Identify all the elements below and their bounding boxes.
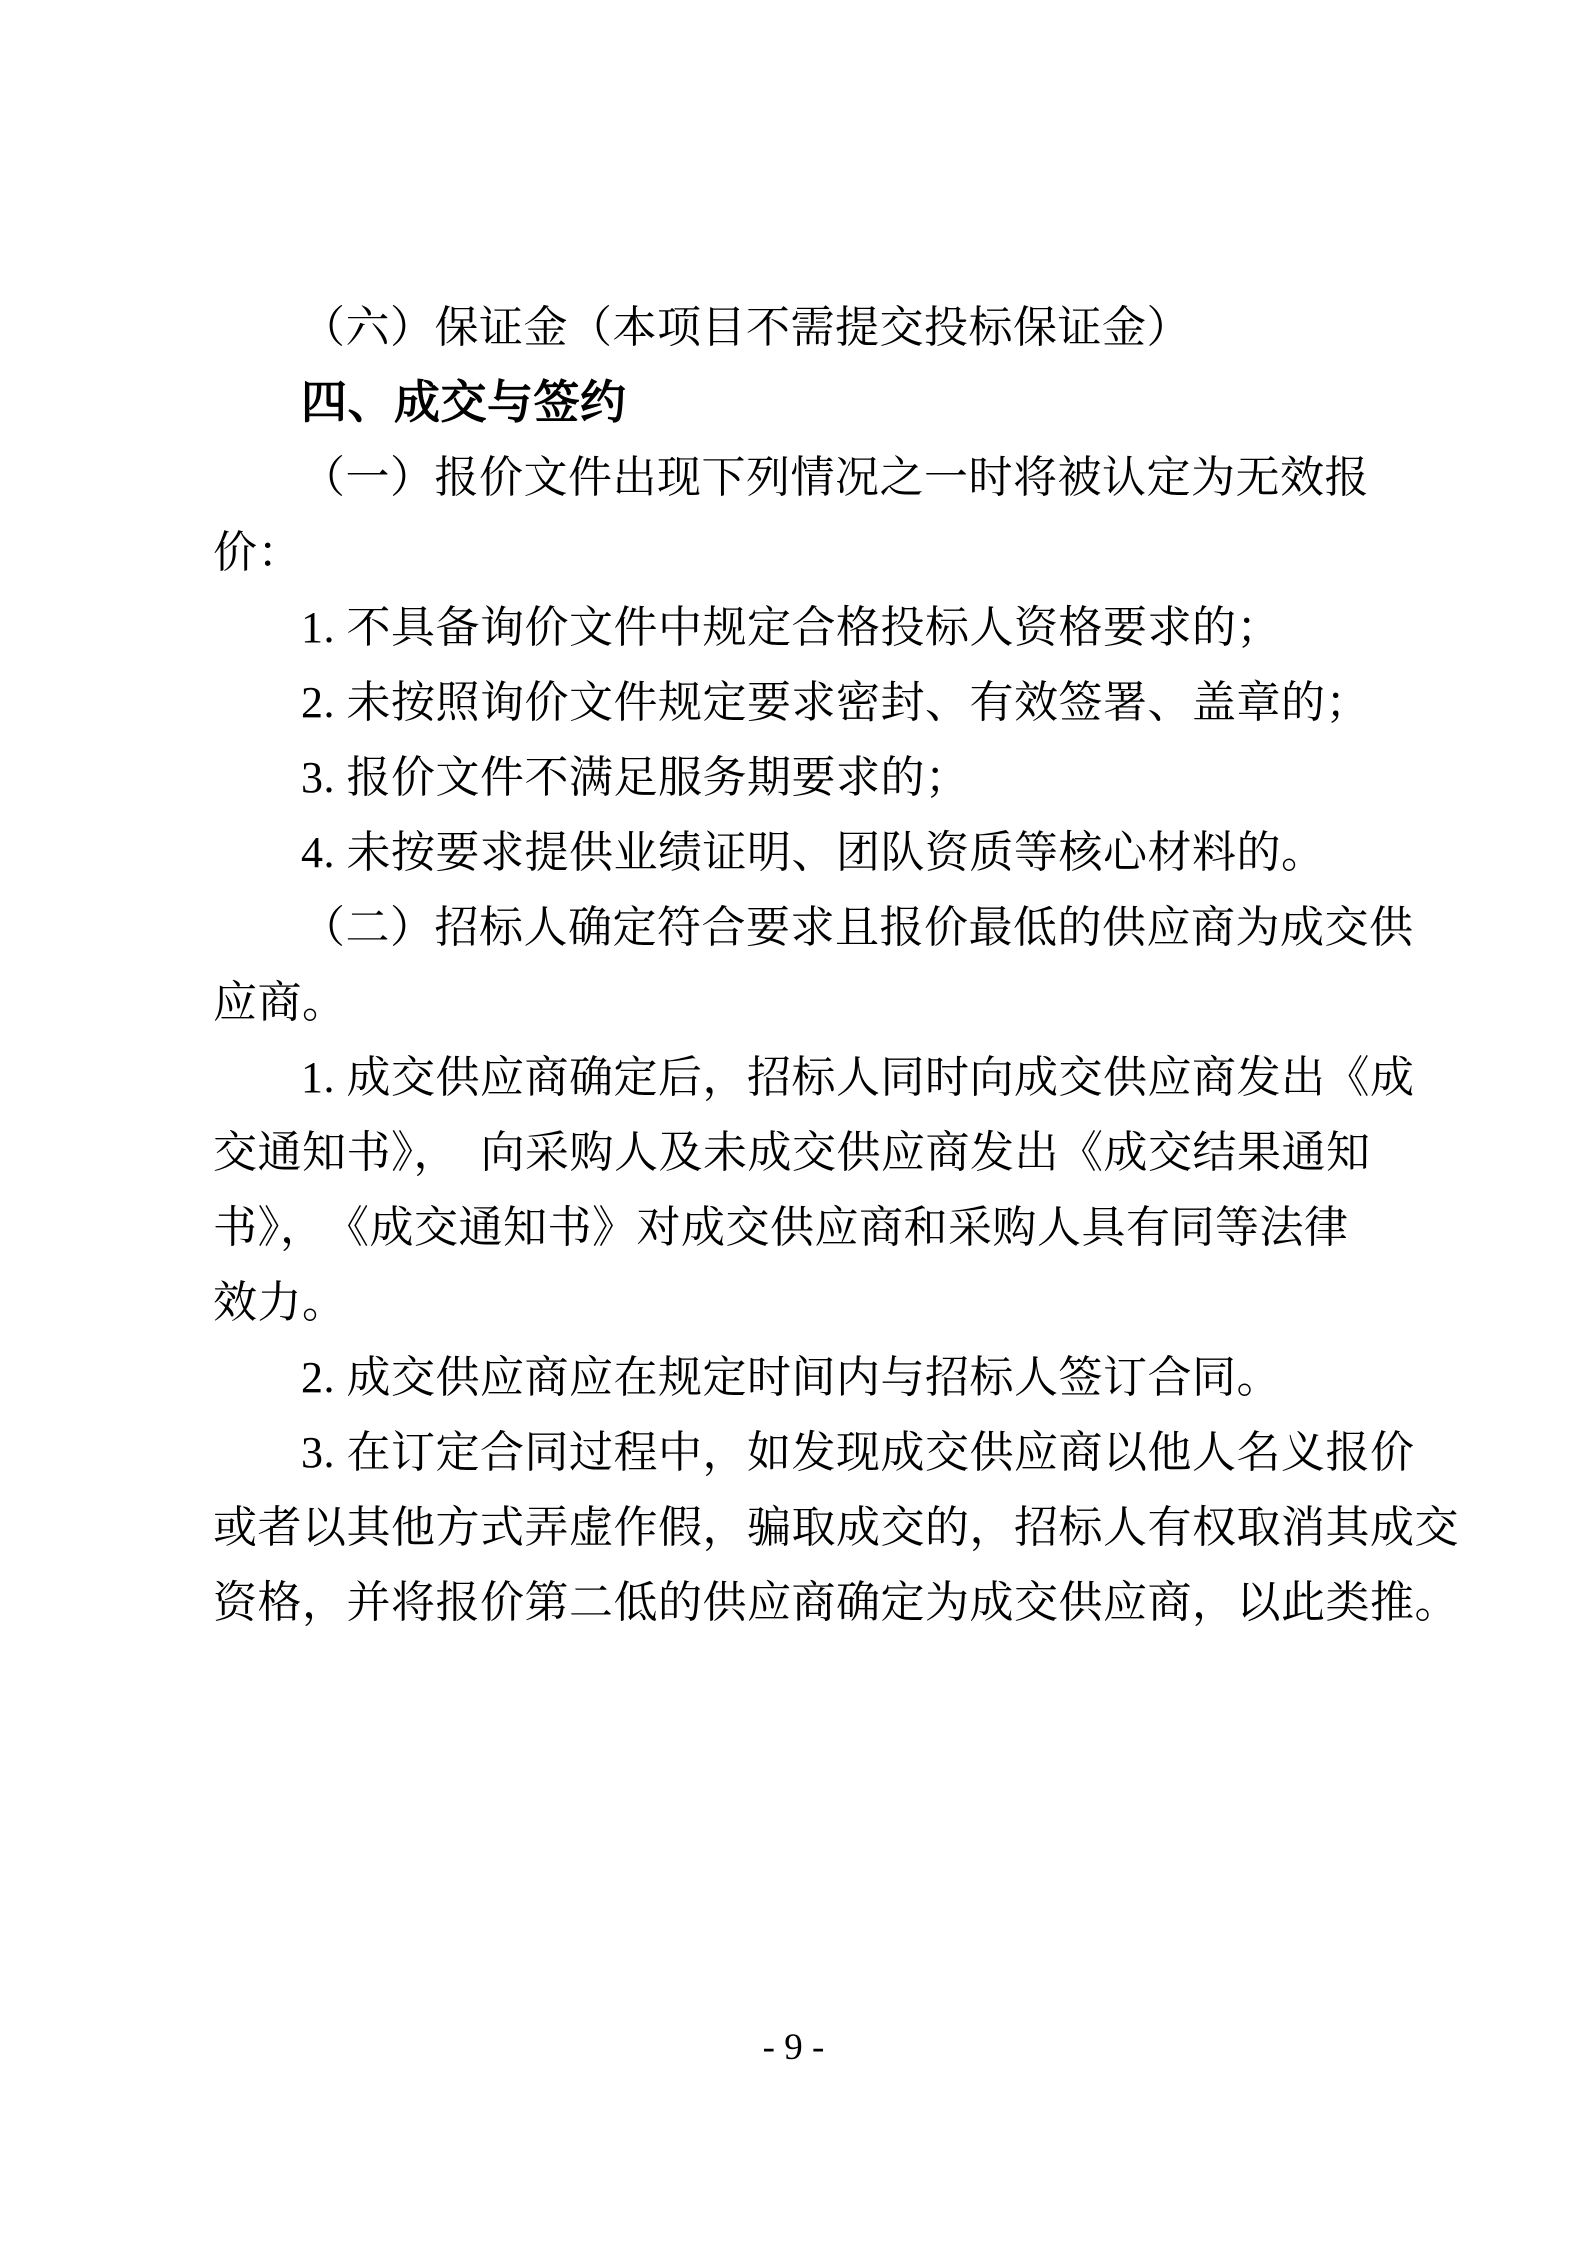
subsection-heading: （六）保证金（本项目不需提交投标保证金） <box>213 290 1423 365</box>
document-body: （六）保证金（本项目不需提交投标保证金）四、成交与签约（一）报价文件出现下列情况… <box>213 290 1423 1640</box>
text-line: 资格，并将报价第二低的供应商确定为成交供应商，以此类推。 <box>213 1565 1423 1640</box>
text-line: 2. 未按照询价文件规定要求密封、有效签署、盖章的； <box>213 665 1423 740</box>
page-footer: - 9 - <box>0 2018 1587 2078</box>
page-number: - 9 - <box>763 2027 825 2068</box>
document-page: （六）保证金（本项目不需提交投标保证金）四、成交与签约（一）报价文件出现下列情况… <box>0 0 1587 2245</box>
text-line: 3. 在订定合同过程中，如发现成交供应商以他人名义报价 <box>213 1415 1423 1490</box>
text-line: 3. 报价文件不满足服务期要求的； <box>213 740 1423 815</box>
section-heading: 四、成交与签约 <box>213 365 1423 440</box>
text-line: （二）招标人确定符合要求且报价最低的供应商为成交供 <box>213 890 1423 965</box>
text-line: 或者以其他方式弄虚作假，骗取成交的，招标人有权取消其成交 <box>213 1490 1423 1565</box>
text-line: 1. 成交供应商确定后，招标人同时向成交供应商发出《成 <box>213 1040 1423 1115</box>
text-line: 价： <box>213 515 1423 590</box>
text-line: 交通知书》， 向采购人及未成交供应商发出《成交结果通知 <box>213 1115 1423 1190</box>
text-line: 2. 成交供应商应在规定时间内与招标人签订合同。 <box>213 1340 1423 1415</box>
text-line: （一）报价文件出现下列情况之一时将被认定为无效报 <box>213 440 1423 515</box>
text-line: 4. 未按要求提供业绩证明、团队资质等核心材料的。 <box>213 815 1423 890</box>
text-line: 应商。 <box>213 965 1423 1040</box>
text-line: 1. 不具备询价文件中规定合格投标人资格要求的； <box>213 590 1423 665</box>
text-line: 效力。 <box>213 1265 1423 1340</box>
text-line: 书》， 《成交通知书》对成交供应商和采购人具有同等法律 <box>213 1190 1423 1265</box>
